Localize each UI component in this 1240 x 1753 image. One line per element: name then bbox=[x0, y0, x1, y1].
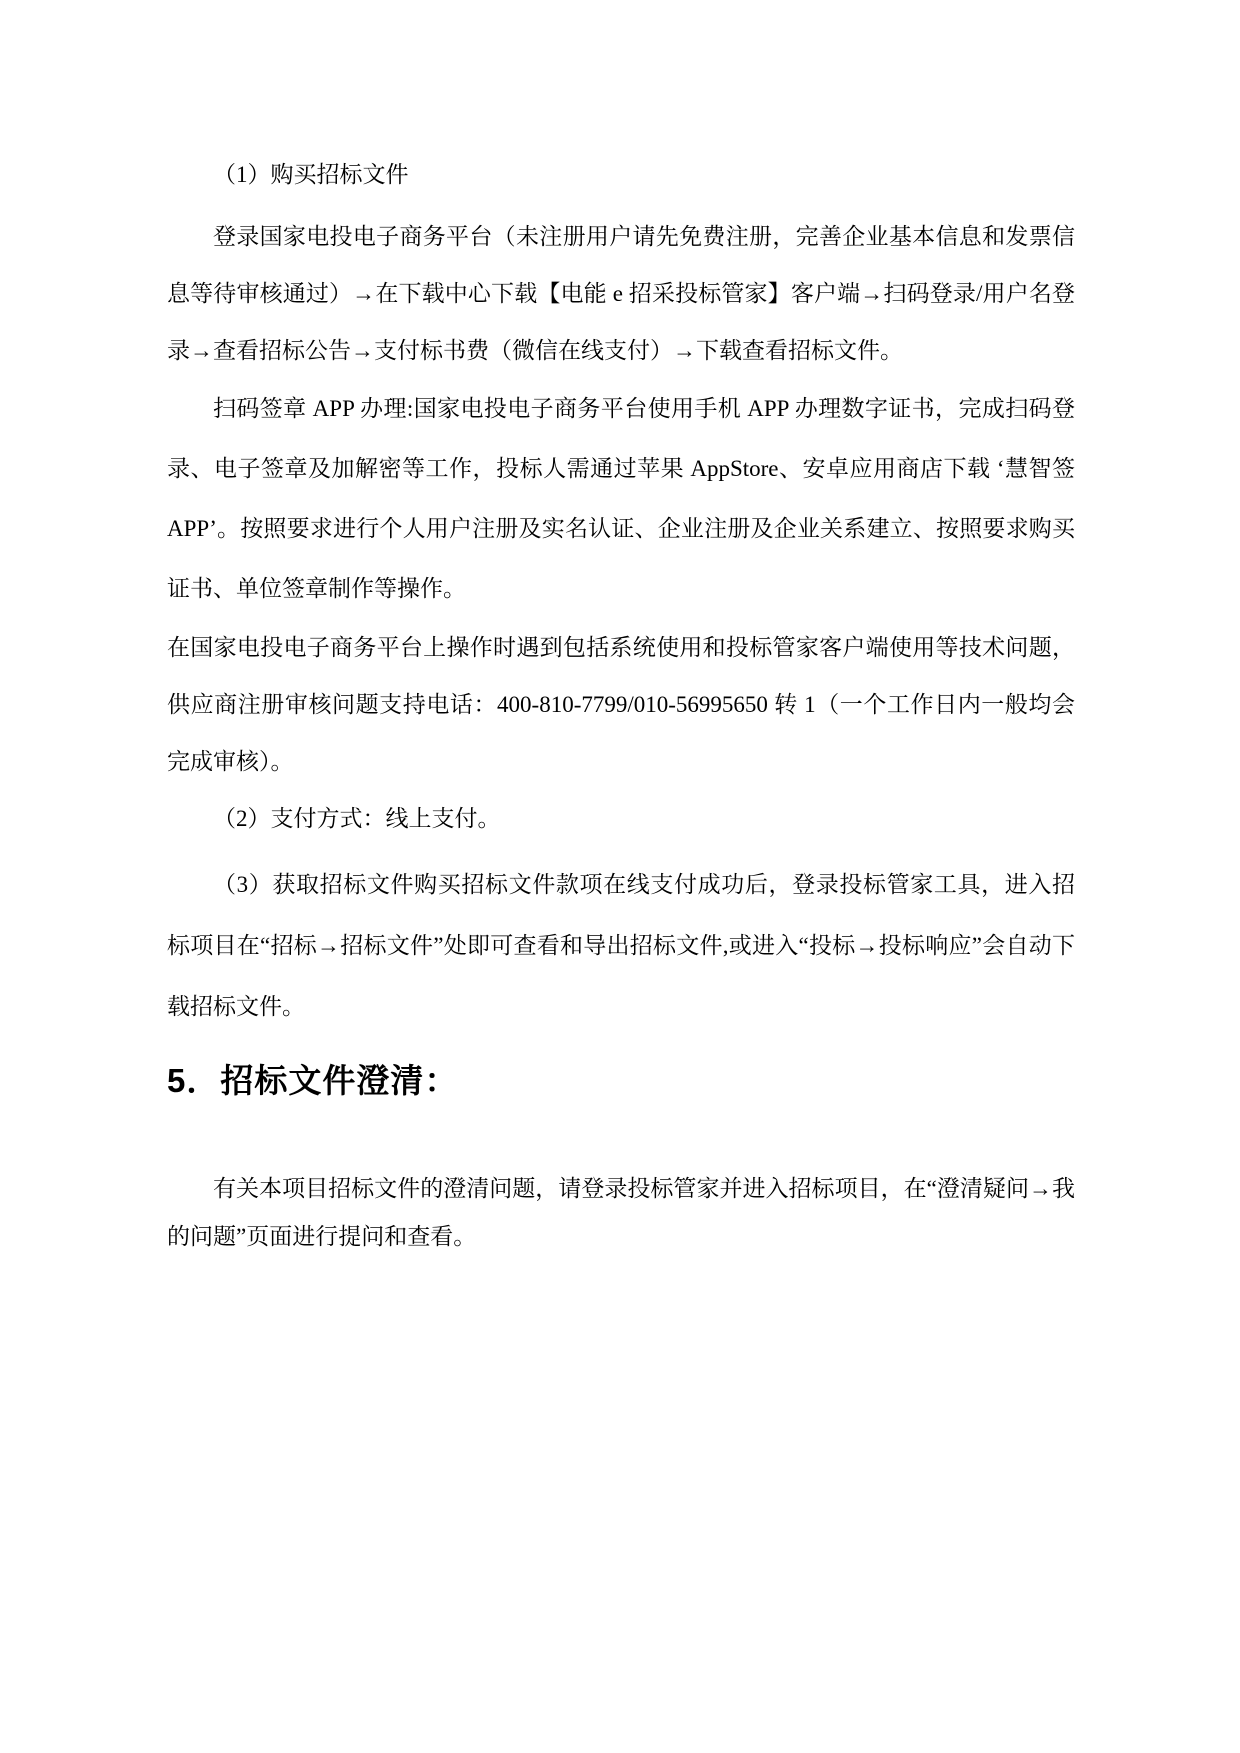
paragraph-payment-method: （2）支付方式：线上支付。 bbox=[167, 802, 1075, 836]
paragraph-obtain-tender-doc: （3）获取招标文件购买招标文件款项在线支付成功后，登录投标管家工具，进入招标项目… bbox=[167, 854, 1075, 1037]
paragraph-clarification-instructions: 有关本项目招标文件的澄清问题，请登录投标管家并进入招标项目，在“澄清疑问→我的问… bbox=[167, 1165, 1075, 1261]
section-heading-tender-doc-clarification: 5．招标文件澄清： bbox=[167, 1057, 1075, 1105]
document-page: （1）购买招标文件 登录国家电投电子商务平台（未注册用户请先免费注册，完善企业基… bbox=[0, 0, 1240, 1753]
paragraph-scan-sign-app: 扫码签章 APP 办理:国家电投电子商务平台使用手机 APP 办理数字证书，完成… bbox=[167, 379, 1075, 619]
paragraph-buy-tender-doc-title: （1）购买招标文件 bbox=[167, 158, 1075, 192]
paragraph-support-phone: 在国家电投电子商务平台上操作时遇到包括系统使用和投标管家客户端使用等技术问题，供… bbox=[167, 619, 1075, 790]
paragraph-platform-login-steps: 登录国家电投电子商务平台（未注册用户请先免费注册，完善企业基本信息和发票信息等待… bbox=[167, 208, 1075, 379]
